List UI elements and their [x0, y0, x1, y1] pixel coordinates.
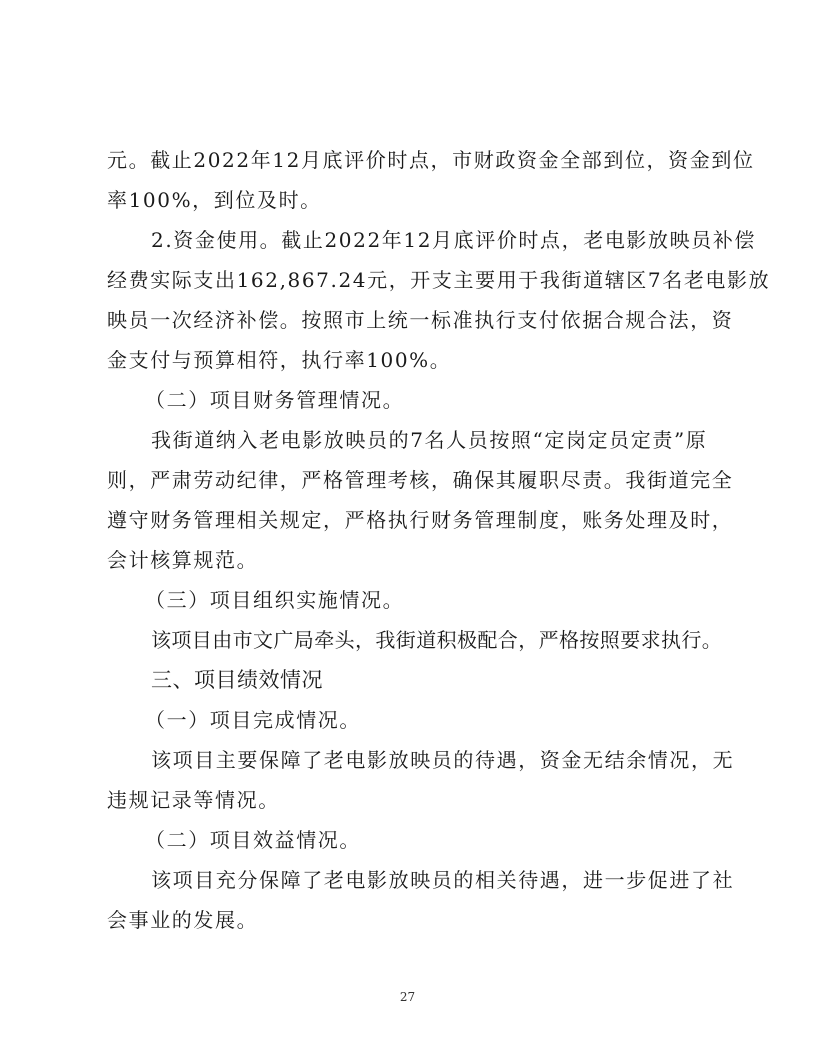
body-line: 经费实际支出162,867.24元，开支主要用于我街道辖区7名老电影放 [107, 260, 770, 300]
body-line: 违规记录等情况。 [107, 780, 280, 820]
paragraph-start: 该项目主要保障了老电影放映员的待遇，资金无结余情况，无 [151, 740, 734, 780]
subheading: （三）项目组织实施情况。 [145, 580, 404, 620]
body-line: 会事业的发展。 [107, 900, 258, 940]
paragraph-start: 2.资金使用。截止2022年12月底评价时点，老电影放映员补偿 [151, 220, 756, 260]
body-line: 则，严肃劳动纪律，严格管理考核，确保其履职尽责。我街道完全 [107, 460, 733, 500]
paragraph-start: 该项目由市文广局牵头，我街道积极配合，严格按照要求执行。 [151, 620, 722, 660]
body-line: 会计核算规范。 [107, 540, 258, 580]
page-number: 27 [0, 990, 815, 1004]
body-line: 元。截止2022年12月底评价时点，市财政资金全部到位，资金到位 [107, 140, 755, 180]
section-heading: 三、项目绩效情况 [151, 660, 323, 700]
body-line: 率100%，到位及时。 [107, 180, 322, 220]
paragraph-start: 我街道纳入老电影放映员的7名人员按照“定岗定员定责”原 [151, 420, 707, 460]
body-line: 映员一次经济补偿。按照市上统一标准执行支付依据合规合法，资 [107, 300, 733, 340]
body-line: 金支付与预算相符，执行率100%。 [107, 340, 451, 380]
body-line: 遵守财务管理相关规定，严格执行财务管理制度，账务处理及时， [107, 500, 733, 540]
subheading: （二）项目效益情况。 [145, 820, 361, 860]
paragraph-start: 该项目充分保障了老电影放映员的相关待遇，进一步促进了社 [151, 860, 734, 900]
subheading: （二）项目财务管理情况。 [145, 380, 404, 420]
subheading: （一）项目完成情况。 [145, 700, 361, 740]
